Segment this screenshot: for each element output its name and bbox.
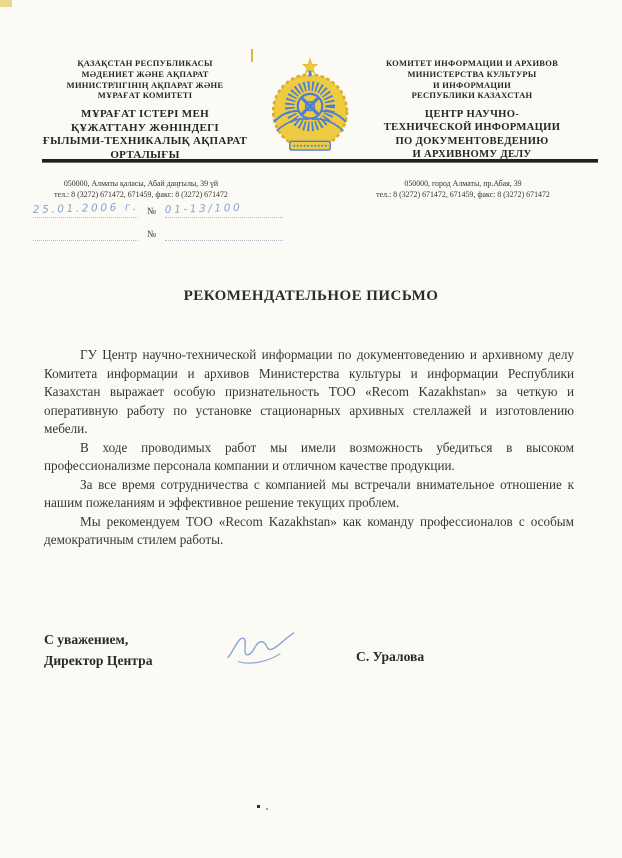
letter-body: ГУ Центр научно-технической информации п… (44, 346, 574, 550)
org-line: МИНИСТЕРСТВА КУЛЬТУРЫ (360, 69, 584, 80)
address-kazakh: 050000, Алматы қаласы, Абай даңғылы, 39 … (30, 179, 252, 200)
center-name-line: ЦЕНТР НАУЧНО- (360, 108, 584, 121)
signature-position: Директор Центра (44, 650, 153, 671)
org-line: МӘДЕНИЕТ ЖӘНЕ АҚПАРАТ (35, 69, 255, 80)
address-russian: 050000, город Алматы, пр.Абая, 39 тел.: … (353, 179, 573, 200)
org-line: МҰРАҒАТ КОМИТЕТІ (35, 90, 255, 101)
body-paragraph: За все время сотрудничества с компанией … (44, 476, 574, 513)
letterhead-russian: КОМИТЕТ ИНФОРМАЦИИ И АРХИВОВ МИНИСТЕРСТВ… (360, 58, 584, 161)
address-line: 050000, город Алматы, пр.Абая, 39 (353, 179, 573, 190)
center-name-line: ҒЫЛЫМИ-ТЕХНИКАЛЫҚ АҚПАРАТ (35, 135, 255, 149)
scan-artifact (257, 805, 260, 808)
handwritten-date: 25.01.2006 г. (33, 201, 139, 216)
reference-row-outgoing: 25.01.2006 г. № 01-13/100 (33, 200, 283, 218)
org-line: И ИНФОРМАЦИИ (360, 80, 584, 91)
signature-salutation: С уважением, (44, 629, 153, 650)
reference-row-incoming: № (33, 223, 283, 241)
center-name-line: МҰРАҒАТ ІСТЕРІ МЕН (35, 108, 255, 122)
number-field: 01-13/100 (165, 200, 283, 218)
letter-page: ҚАЗАҚСТАН РЕСПУБЛИКАСЫ МӘДЕНИЕТ ЖӘНЕ АҚП… (0, 0, 622, 858)
number-field-empty (165, 223, 283, 241)
number-sign-label: № (138, 207, 165, 218)
center-name-line: ҚҰЖАТТАНУ ЖӨНІНДЕГІ (35, 122, 255, 136)
scan-artifact (0, 0, 12, 7)
body-paragraph: В ходе проводимых работ мы имели возможн… (44, 439, 574, 476)
body-paragraph: ГУ Центр научно-технической информации п… (44, 346, 574, 439)
number-sign-label: № (138, 230, 165, 241)
handwritten-number: 01-13/100 (165, 202, 243, 216)
handwritten-signature-icon (221, 621, 299, 673)
address-line: 050000, Алматы қаласы, Абай даңғылы, 39 … (30, 179, 252, 190)
date-field: 25.01.2006 г. (33, 200, 138, 218)
phone-line: тел.: 8 (3272) 671472, 671459, факс: 8 (… (30, 190, 252, 201)
letter-title: РЕКОМЕНДАТЕЛЬНОЕ ПИСЬМО (0, 288, 622, 305)
org-line: МИНИСТРЛІГІНІҢ АҚПАРАТ ЖӘНЕ (35, 80, 255, 91)
letterhead-divider-rule (42, 159, 598, 163)
kazakhstan-emblem-icon (266, 57, 354, 158)
scan-artifact (266, 808, 268, 810)
center-name-line: ПО ДОКУМЕНТОВЕДЕНИЮ (360, 135, 584, 148)
signature-block: С уважением, Директор Центра (44, 629, 153, 671)
date-field-empty (33, 223, 138, 241)
signatory-name: С. Уралова (356, 649, 424, 665)
body-paragraph: Мы рекомендуем ТОО «Recom Kazakhstan» ка… (44, 513, 574, 550)
org-line: КОМИТЕТ ИНФОРМАЦИИ И АРХИВОВ (360, 58, 584, 69)
org-line: РЕСПУБЛИКИ КАЗАХСТАН (360, 90, 584, 101)
center-name-line: ТЕХНИЧЕСКОЙ ИНФОРМАЦИИ (360, 121, 584, 134)
letterhead-kazakh: ҚАЗАҚСТАН РЕСПУБЛИКАСЫ МӘДЕНИЕТ ЖӘНЕ АҚП… (35, 58, 255, 163)
org-line: ҚАЗАҚСТАН РЕСПУБЛИКАСЫ (35, 58, 255, 69)
phone-line: тел.: 8 (3272) 671472, 671459, факс: 8 (… (353, 190, 573, 201)
